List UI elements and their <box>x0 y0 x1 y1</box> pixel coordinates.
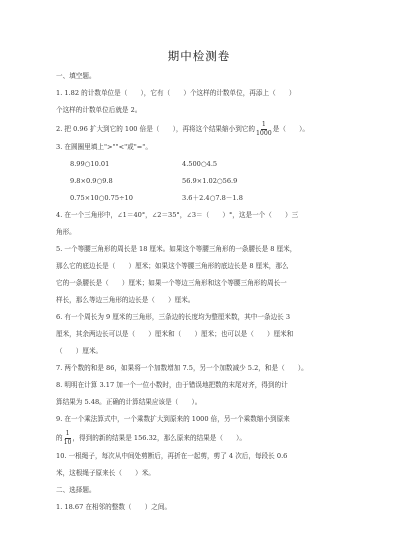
comparison-item: 0.75×10○0.75÷10 <box>70 190 182 207</box>
fraction-numerator: 1 <box>261 121 267 130</box>
question-text: 算结果为 5.48。正确的计算结果应该是（ ）。 <box>56 394 346 411</box>
question-text: 1. 1.82 的计数单位是（ ），它有（ ）个这样的计数单位，再添上（ ） <box>56 85 346 102</box>
question-text: 1. 18.67 在相邻的整数（ ）之间。 <box>56 499 346 516</box>
question-text: 9. 在一个乘法算式中，一个乘数扩大到原来的 1000 倍，另一个乘数缩小到原来 <box>56 411 346 428</box>
question-6: 6. 有一个周长为 9 厘米的三角形，三条边的长度均为整厘米数，其中一条边长 3… <box>56 309 346 360</box>
question-text: 5. 一个等腰三角形的周长是 18 厘米。如果这个等腰三角形的一条腰长是 8 厘… <box>56 241 346 258</box>
question-text: 米，这根绳子原来长（ ）米。 <box>56 465 346 482</box>
choice-question-1: 1. 18.67 在相邻的整数（ ）之间。 <box>56 499 346 516</box>
fraction-denominator: 10 <box>64 439 72 447</box>
question-text: 8. 明明在计算 3.17 加一个一位小数时，由于错误地把数的末尾对齐，得到的计 <box>56 377 346 394</box>
section-heading-fill-blank: 一、填空题。 <box>56 68 346 85</box>
question-text: 的 <box>56 434 63 442</box>
question-9: 9. 在一个乘法算式中，一个乘数扩大到原来的 1000 倍，另一个乘数缩小到原来… <box>56 411 346 448</box>
question-10: 10. 一根绳子，每次从中间处剪断后，再折在一起剪，剪了 4 次后，每段长 0.… <box>56 448 346 482</box>
question-1: 1. 1.82 的计数单位是（ ），它有（ ）个这样的计数单位，再添上（ ） 个… <box>56 85 346 119</box>
question-5: 5. 一个等腰三角形的周长是 18 厘米。如果这个等腰三角形的一条腰长是 8 厘… <box>56 241 346 309</box>
question-8: 8. 明明在计算 3.17 加一个一位小数时，由于错误地把数的末尾对齐，得到的计… <box>56 377 346 411</box>
question-text: 它的一条腰长是（ ）厘米；如果一个等边三角形和这个等腰三角形的周长一 <box>56 275 346 292</box>
fraction-denominator: 1000 <box>256 130 272 138</box>
fraction: 11000 <box>256 121 272 138</box>
question-text: 7. 两个数的和是 86，如果将一个加数增加 7.5，另一个加数减少 5.2，和… <box>56 360 346 377</box>
comparison-grid: 8.99○10.01 4.500○4.5 9.8×0.9○9.8 56.9×1.… <box>56 156 346 207</box>
comparison-item: 4.500○4.5 <box>182 156 342 173</box>
question-text: 6. 有一个周长为 9 厘米的三角形，三条边的长度均为整厘米数，其中一条边长 3 <box>56 309 346 326</box>
question-text: ，得到的新的结果是 156.32，那么原来的结果是（ ）。 <box>72 434 246 442</box>
question-text: 厘米，其余两边长可以是（ ）厘米和（ ）厘米；也可以是（ ）厘米和 <box>56 326 346 343</box>
exam-content: 一、填空题。 1. 1.82 的计数单位是（ ），它有（ ）个这样的计数单位，再… <box>56 68 346 516</box>
question-text: 那么它的底边长是（ ）厘米；如果这个等腰三角形的底边长是 8 厘米，那么 <box>56 258 346 275</box>
fraction-numerator: 1 <box>65 430 71 439</box>
comparison-item: 9.8×0.9○9.8 <box>70 173 182 190</box>
question-text: 2. 把 0.96 扩大到它的 100 倍是（ ），再将这个结果缩小到它的 <box>56 125 255 133</box>
question-7: 7. 两个数的和是 86，如果将一个加数增加 7.5，另一个加数减少 5.2，和… <box>56 360 346 377</box>
question-text: 3. 在圆圈里填上">""<"或"="。 <box>56 139 346 156</box>
question-2: 2. 把 0.96 扩大到它的 100 倍是（ ），再将这个结果缩小到它的110… <box>56 119 346 139</box>
question-text: 角形。 <box>56 224 346 241</box>
question-text: 4. 在一个三角形中，∠1＝40°，∠2＝35°，∠3＝（ ）°，这是一个（ ）… <box>56 207 346 224</box>
question-text: 样长，那么等边三角形的边长是（ ）厘米。 <box>56 292 346 309</box>
fraction: 110 <box>64 430 72 447</box>
comparison-item: 56.9×1.02○56.9 <box>182 173 342 190</box>
comparison-item: 8.99○10.01 <box>70 156 182 173</box>
question-3: 3. 在圆圈里填上">""<"或"="。 8.99○10.01 4.500○4.… <box>56 139 346 207</box>
section-heading-multiple-choice: 二、选择题。 <box>56 482 346 499</box>
question-text: 个这样的计数单位后就是 2。 <box>56 102 346 119</box>
question-4: 4. 在一个三角形中，∠1＝40°，∠2＝35°，∠3＝（ ）°，这是一个（ ）… <box>56 207 346 241</box>
question-text: （ ）厘米。 <box>56 343 346 360</box>
question-text: 是（ ）。 <box>273 125 309 133</box>
question-text-with-fraction: 的110，得到的新的结果是 156.32，那么原来的结果是（ ）。 <box>56 428 346 448</box>
question-text: 10. 一根绳子，每次从中间处剪断后，再折在一起剪，剪了 4 次后，每段长 0.… <box>56 448 346 465</box>
comparison-item: 3.6＋2.4○7.8－1.8 <box>182 190 342 207</box>
exam-page: 期中检测卷 一、填空题。 1. 1.82 的计数单位是（ ），它有（ ）个这样的… <box>0 0 398 540</box>
page-title: 期中检测卷 <box>0 48 398 64</box>
